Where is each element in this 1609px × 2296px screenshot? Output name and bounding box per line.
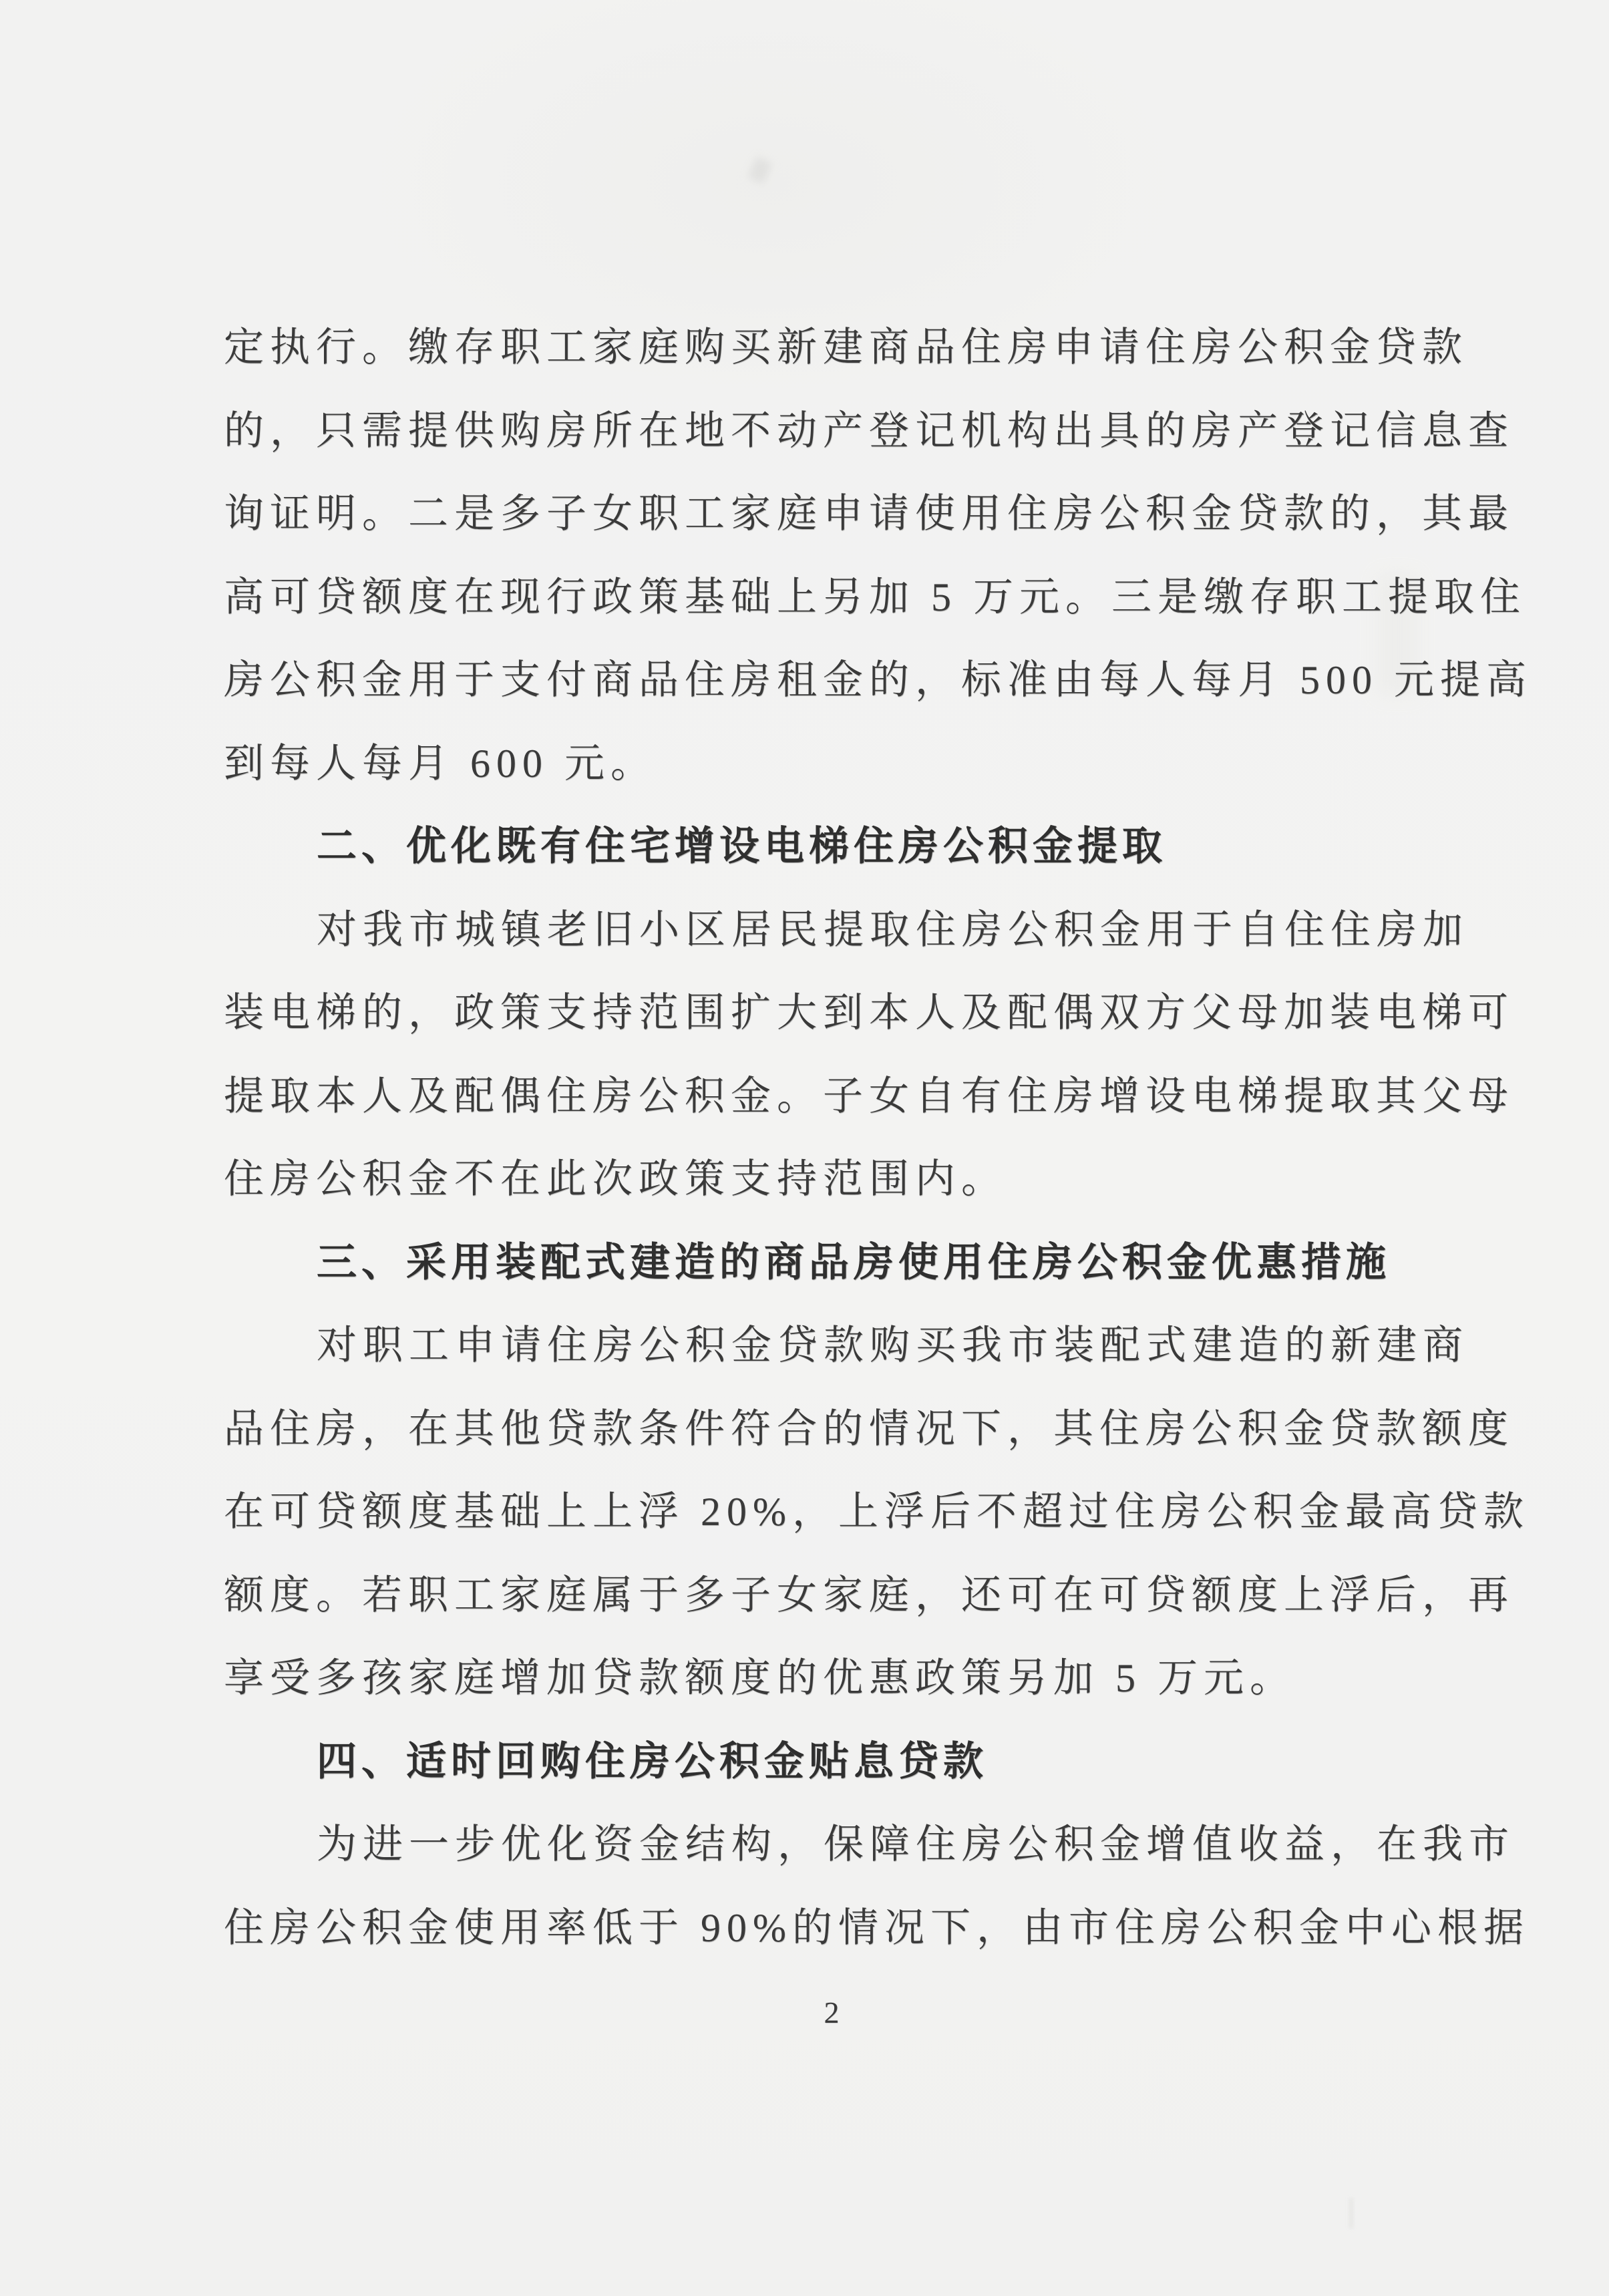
paragraph-first-line: 为进一步优化资金结构，保障住房公积金增值收益，在我市 xyxy=(224,1803,1439,1887)
scan-smudge xyxy=(1349,2198,1353,2229)
section-heading-3: 三、采用装配式建造的商品房使用住房公积金优惠措施 xyxy=(224,1221,1439,1305)
text-line: 品住房，在其他贷款条件符合的情况下，其住房公积金贷款额度 xyxy=(224,1387,1439,1471)
text-line: 在可贷额度基础上上浮 20%，上浮后不超过住房公积金最高贷款 xyxy=(224,1470,1439,1554)
scan-smudge xyxy=(747,156,773,184)
text-line: 房公积金用于支付商品住房租金的，标准由每人每月 500 元提高 xyxy=(224,639,1439,722)
paragraph-first-line: 对职工申请住房公积金贷款购买我市装配式建造的新建商 xyxy=(224,1304,1439,1387)
text-line: 住房公积金不在此次政策支持范围内。 xyxy=(224,1138,1439,1221)
text-line: 定执行。缴存职工家庭购买新建商品住房申请住房公积金贷款 xyxy=(224,306,1439,389)
text-line: 询证明。二是多子女职工家庭申请使用住房公积金贷款的，其最 xyxy=(224,472,1439,556)
scanned-document-page: 定执行。缴存职工家庭购买新建商品住房申请住房公积金贷款 的，只需提供购房所在地不… xyxy=(0,0,1609,2296)
text-line: 提取本人及配偶住房公积金。子女自有住房增设电梯提取其父母 xyxy=(224,1055,1439,1138)
text-line: 额度。若职工家庭属于多子女家庭，还可在可贷额度上浮后，再 xyxy=(224,1554,1439,1637)
paragraph-first-line: 对我市城镇老旧小区居民提取住房公积金用于自住住房加 xyxy=(224,888,1439,972)
section-heading-2: 二、优化既有住宅增设电梯住房公积金提取 xyxy=(224,805,1439,888)
text-line: 享受多孩家庭增加贷款额度的优惠政策另加 5 万元。 xyxy=(224,1637,1439,1720)
text-line: 的，只需提供购房所在地不动产登记机构出具的房产登记信息查 xyxy=(224,389,1439,473)
text-line: 到每人每月 600 元。 xyxy=(224,722,1439,806)
document-body: 定执行。缴存职工家庭购买新建商品住房申请住房公积金贷款 的，只需提供购房所在地不… xyxy=(224,306,1439,1969)
section-heading-4: 四、适时回购住房公积金贴息贷款 xyxy=(224,1720,1439,1804)
text-line: 住房公积金使用率低于 90%的情况下，由市住房公积金中心根据 xyxy=(224,1887,1439,1970)
page-number: 2 xyxy=(224,1983,1439,2043)
text-line: 装电梯的，政策支持范围扩大到本人及配偶双方父母加装电梯可 xyxy=(224,971,1439,1055)
text-line: 高可贷额度在现行政策基础上另加 5 万元。三是缴存职工提取住 xyxy=(224,556,1439,639)
